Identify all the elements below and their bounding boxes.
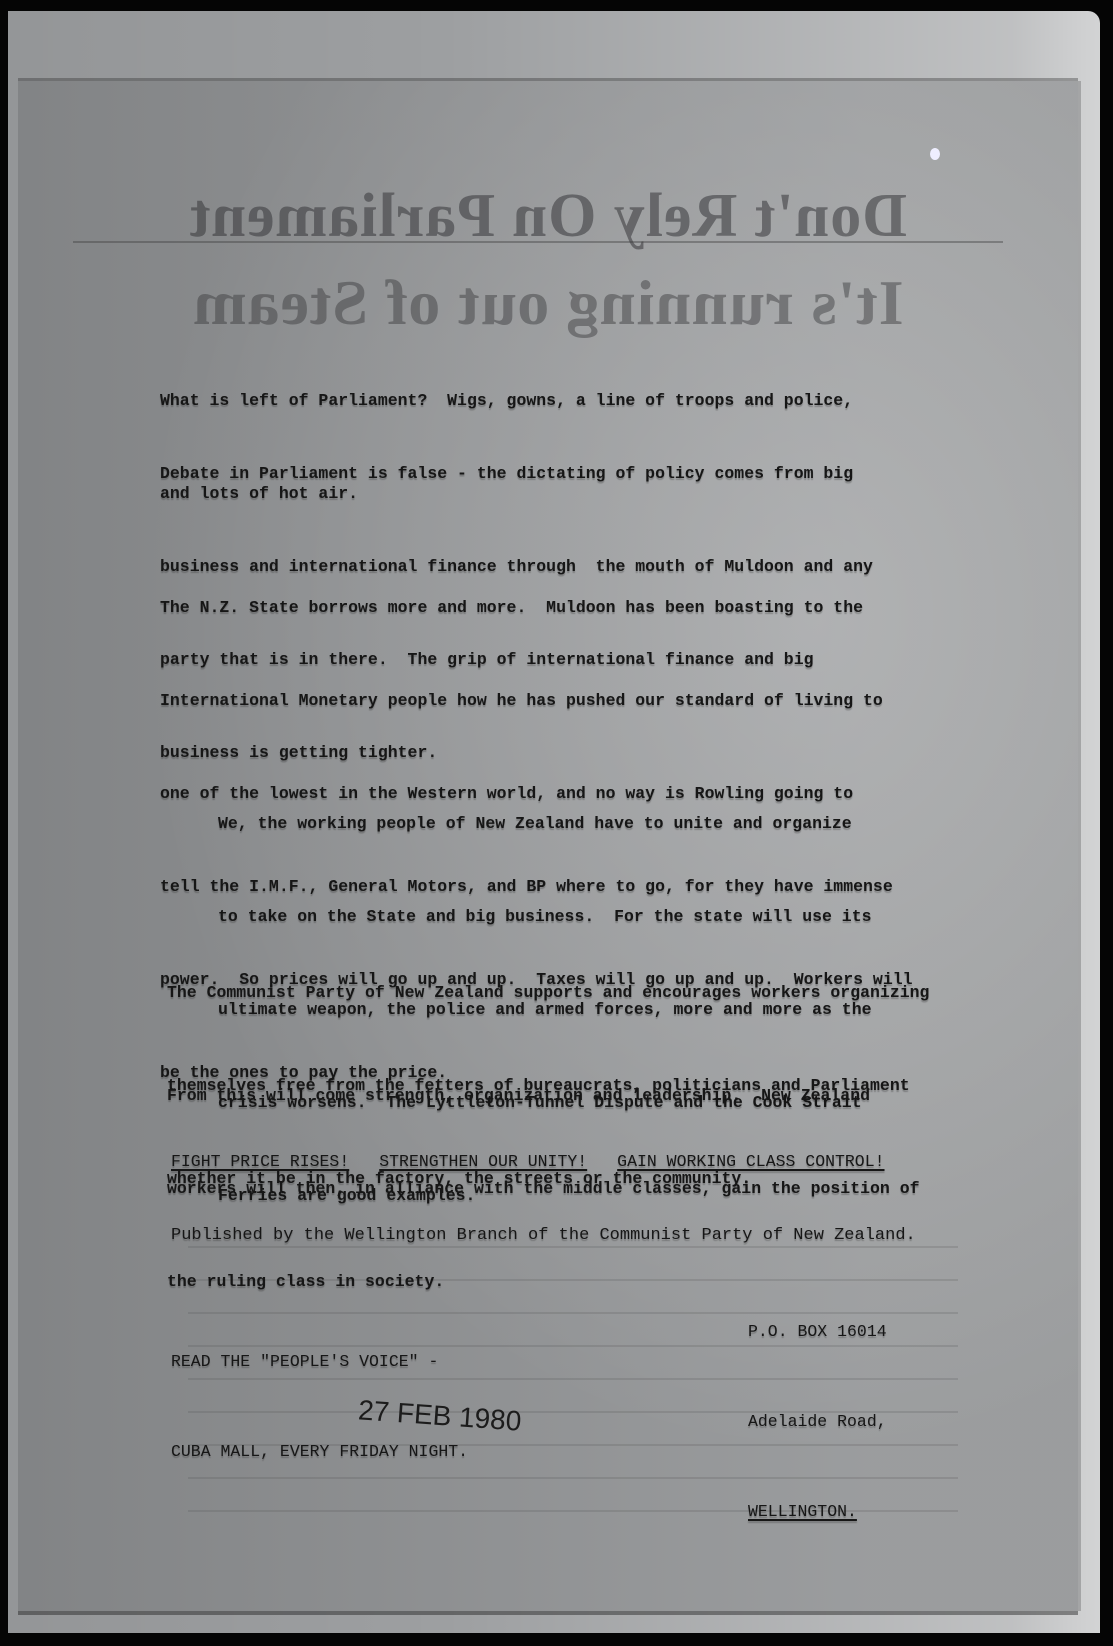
publisher-line: Published by the Wellington Branch of th… [171,1220,916,1251]
text-line: The Communist Party of New Zealand suppo… [167,977,929,1008]
film-speck [930,148,940,160]
text-line: The N.Z. State borrows more and more. Mu… [160,592,913,623]
read-notice: READ THE "PEOPLE'S VOICE" - CUBA MALL, E… [171,1286,468,1497]
postal-address: P.O. BOX 16014 Adelaide Road, WELLINGTON… [748,1256,887,1557]
read-notice-line: CUBA MALL, EVERY FRIDAY NIGHT. [171,1438,468,1466]
text-line: From this will come strength, organizati… [167,1080,920,1111]
slogan-gain-control: GAIN WORKING CLASS CONTROL! [617,1146,884,1177]
read-notice-line: READ THE "PEOPLE'S VOICE" - [171,1348,468,1376]
address-line: P.O. BOX 16014 [748,1318,887,1346]
slogan-fight-price-rises: FIGHT PRICE RISES! [171,1146,349,1177]
text-line: Debate in Parliament is false - the dict… [160,458,873,489]
text-line: International Monetary people how he has… [160,685,913,716]
address-line: Adelaide Road, [748,1408,887,1436]
text-line: workers will then, in alliance with the … [167,1173,920,1204]
text-line: We, the working people of New Zealand ha… [218,808,872,839]
headline-rule [73,241,1003,243]
address-city: WELLINGTON. [748,1498,887,1526]
slogans: FIGHT PRICE RISES! STRENGTHEN OUR UNITY!… [171,1146,885,1177]
slogan-strengthen-unity: STRENGTHEN OUR UNITY! [379,1146,587,1177]
